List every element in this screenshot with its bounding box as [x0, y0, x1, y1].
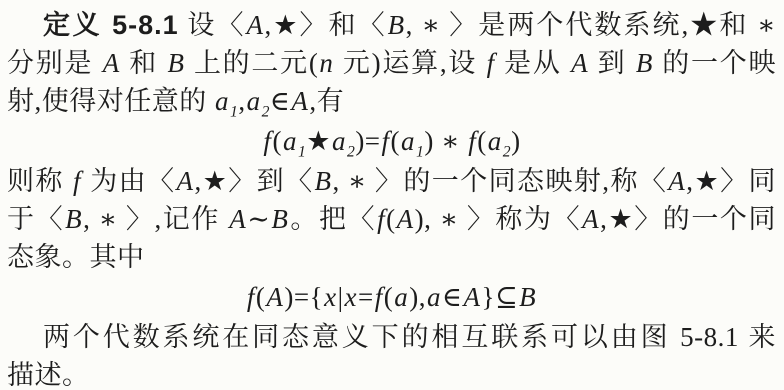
text-run: 和 — [121, 48, 167, 78]
math-symbol: a — [282, 126, 298, 156]
text-run: ,★〉到〈 — [194, 166, 313, 196]
math-symbol: B — [64, 204, 83, 234]
math-symbol: A — [245, 10, 264, 40]
text-run: ,有 — [309, 86, 344, 116]
text-run: ) ∗ — [424, 126, 467, 156]
text-run: , ∗ 〉,记作 — [83, 204, 228, 234]
text-run: 设〈 — [179, 10, 246, 40]
text-run: 。把〈 — [289, 204, 376, 234]
text-run: ), — [409, 282, 426, 312]
text-run: ∈ — [442, 282, 463, 312]
text-run: ( — [386, 204, 396, 234]
text-run: 描述。 — [7, 360, 90, 390]
text-run: , — [238, 86, 245, 116]
text-run: 态象。其中 — [7, 242, 145, 272]
math-symbol: A — [570, 48, 589, 78]
text-run: ) — [511, 126, 521, 156]
line-homomorphic-image: 态象。其中 — [7, 238, 776, 276]
text-run: )= — [355, 126, 380, 156]
text-run: 于〈 — [7, 204, 64, 234]
line-homomorphism-name: 则称 f 为由〈A,★〉到〈B, ∗ 〉的一个同态映射,称〈A,★〉同态 — [7, 162, 776, 200]
text-run: ), ∗ 〉称为〈 — [415, 204, 582, 234]
formula-homomorphism: f(a1★a2)=f(a1) ∗ f(a2) — [7, 120, 776, 162]
formula-image-set: f(A)={x|x=f(a),a∈A}⊆B — [7, 276, 776, 318]
text-run: ∼ — [247, 204, 270, 234]
math-symbol: A — [581, 204, 600, 234]
math-symbol: f — [246, 282, 256, 312]
text-run: 射,使得对任意的 — [7, 86, 214, 116]
math-symbol: n — [318, 48, 334, 78]
subscript: 2 — [503, 143, 511, 160]
math-symbol: f — [376, 204, 386, 234]
math-symbol: A — [102, 48, 121, 78]
text-run: ,★〉的一个同 — [600, 204, 776, 234]
text-run: | — [338, 282, 344, 312]
math-symbol: f — [486, 48, 496, 78]
math-symbol: f — [262, 126, 272, 156]
text-run: , ∗ 〉是两个代数系统,★和 ∗ — [406, 10, 776, 40]
math-symbol: a — [426, 282, 442, 312]
text-run: 元)运算,设 — [334, 48, 485, 78]
line-mapping-condition: 射,使得对任意的 a1,a2∈A,有 — [7, 82, 776, 120]
text-run: ( — [256, 282, 266, 312]
math-symbol: A — [265, 282, 284, 312]
math-symbol: a — [214, 86, 230, 116]
text-run: )={ — [284, 282, 323, 312]
math-symbol: x — [323, 282, 337, 312]
math-symbol: a — [331, 126, 347, 156]
text-run: ( — [384, 282, 394, 312]
text-run: ( — [477, 126, 487, 156]
line-figure-reference: 两个代数系统在同态意义下的相互联系可以由图 5-8.1 来 — [7, 318, 776, 356]
math-symbol: a — [487, 126, 503, 156]
subscript: 2 — [262, 103, 270, 120]
text-run: 为由〈 — [82, 166, 175, 196]
math-symbol: A — [290, 86, 309, 116]
math-symbol: x — [344, 282, 358, 312]
math-symbol: B — [270, 204, 289, 234]
text-run: ( — [391, 126, 401, 156]
math-symbol: B — [314, 166, 333, 196]
definition-text-block: 定义 5-8.1 设〈A,★〉和〈B, ∗ 〉是两个代数系统,★和 ∗分别是 A… — [0, 0, 784, 390]
line-notation: 于〈B, ∗ 〉,记作 A∼B。把〈f(A), ∗ 〉称为〈A,★〉的一个同 — [7, 200, 776, 238]
math-symbol: f — [374, 282, 384, 312]
text-run: ,★〉和〈 — [264, 10, 386, 40]
line-definition-intro: 定义 5-8.1 设〈A,★〉和〈B, ∗ 〉是两个代数系统,★和 ∗ — [7, 6, 776, 44]
math-symbol: A — [396, 204, 415, 234]
math-symbol: f — [381, 126, 391, 156]
math-symbol: A — [228, 204, 247, 234]
text-run: ∈ — [270, 86, 291, 116]
text-run: 则称 — [7, 166, 72, 196]
text-run: 到 — [589, 48, 635, 78]
math-symbol: f — [72, 166, 82, 196]
text-run: 的一个映 — [654, 48, 776, 78]
math-symbol: f — [467, 126, 477, 156]
text-run: 是从 — [496, 48, 570, 78]
text-run: 上的二元( — [185, 48, 318, 78]
math-symbol: B — [387, 10, 406, 40]
math-symbol: a — [246, 86, 262, 116]
definition-label: 定义 5-8.1 — [43, 10, 179, 40]
text-run: , ∗ 〉的一个同态映射,称〈 — [333, 166, 668, 196]
text-run: 分别是 — [7, 48, 102, 78]
math-symbol: A — [175, 166, 194, 196]
text-run: }⊆ — [481, 282, 518, 312]
line-operations: 分别是 A 和 B 上的二元(n 元)运算,设 f 是从 A 到 B 的一个映 — [7, 44, 776, 82]
textbook-page: 定义 5-8.1 设〈A,★〉和〈B, ∗ 〉是两个代数系统,★和 ∗分别是 A… — [0, 0, 784, 390]
text-run: = — [358, 282, 374, 312]
text-run: ( — [272, 126, 282, 156]
math-symbol: B — [166, 48, 185, 78]
math-symbol: a — [393, 282, 409, 312]
math-symbol: A — [667, 166, 686, 196]
math-symbol: B — [518, 282, 537, 312]
math-symbol: A — [462, 282, 481, 312]
text-run: ★ — [306, 126, 331, 156]
text-run: 两个代数系统在同态意义下的相互联系可以由图 5-8.1 来 — [43, 322, 776, 352]
math-symbol: a — [400, 126, 416, 156]
line-closing: 描述。 — [7, 356, 776, 390]
math-symbol: B — [635, 48, 654, 78]
